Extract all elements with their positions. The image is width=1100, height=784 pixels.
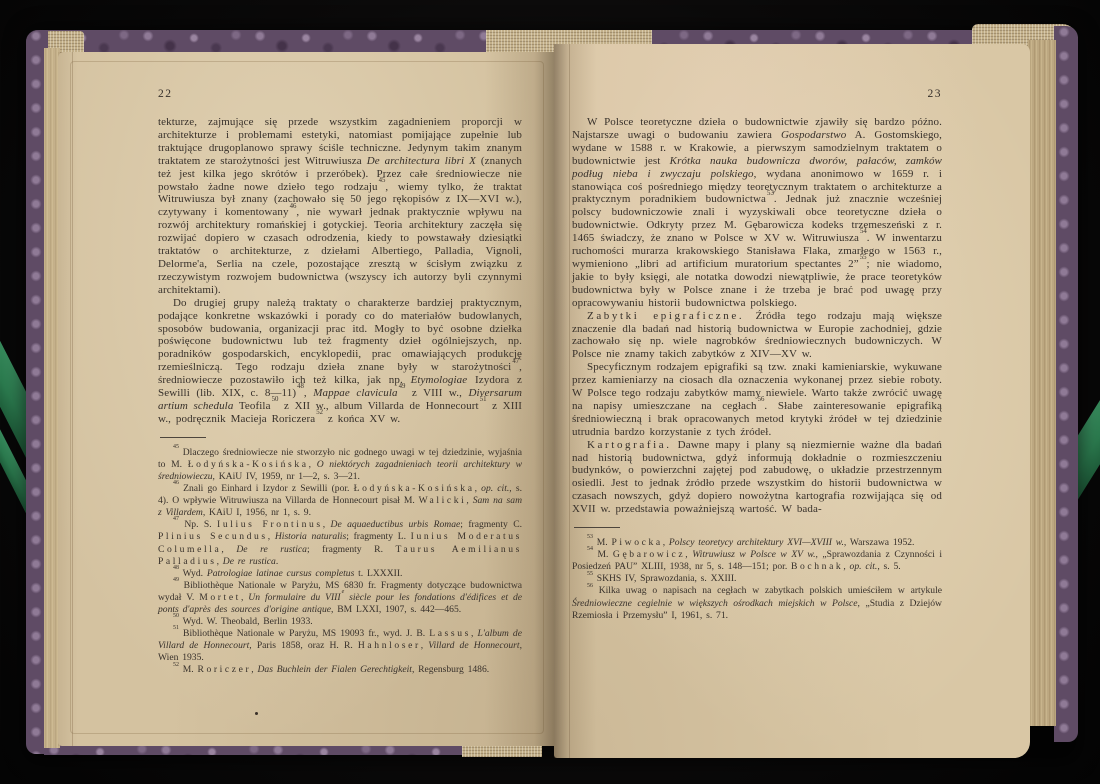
paragraph: Do drugiej grupy należą traktaty o chara… — [158, 297, 522, 426]
footnote: 50 Wyd. W. Theobald, Berlin 1933. — [158, 616, 522, 628]
page-right-body: W Polsce teoretyczne dzieła o budownictw… — [572, 116, 942, 516]
paragraph: Zabytki epigraficzne. Źródła tego rodzaj… — [572, 310, 942, 362]
paragraph: W Polsce teoretyczne dzieła o budownictw… — [572, 116, 942, 310]
footnote: 55 SKHS IV, Sprawozdania, s. XXIII. — [572, 573, 942, 585]
page-left-footnotes: 45 Dlaczego średniowiecze nie stworzyło … — [158, 447, 522, 677]
footnote: 46 Znali go Einhard i Izydor z Sewilli (… — [158, 483, 522, 519]
book-cover-right-edge — [1054, 26, 1078, 742]
page-fold-ridge — [72, 52, 73, 746]
page-left-text: tekturze, zajmujące się przede wszystkim… — [158, 116, 522, 677]
footnote-rule-right — [574, 527, 620, 528]
page-number-right: 23 — [572, 88, 942, 100]
footnote: 53 M. Piwocka, Polscy teoretycy architek… — [572, 537, 942, 549]
page-number-left: 22 — [158, 88, 173, 100]
photo-background: 22 tekturze, zajmujące się przede wszyst… — [0, 0, 1100, 784]
footnote: 49 Bibliothèque Nationale w Paryżu, MS 6… — [158, 580, 522, 616]
paragraph: Specyficznym rodzajem epigrafiki są tzw.… — [572, 361, 942, 438]
footnote: 51 Bibliothèque Nationale w Paryżu, MS 1… — [158, 628, 522, 664]
paper-speck — [255, 712, 258, 715]
page-left-body: tekturze, zajmujące się przede wszystkim… — [158, 116, 522, 426]
footnote: 54 M. Gębarowicz, Witruwiusz w Polsce w … — [572, 549, 942, 573]
footnote: 47 Np. S. Iulius Frontinus, De aquaeduct… — [158, 519, 522, 567]
footnote: 48 Wyd. Patrologiae latinae cursus compl… — [158, 568, 522, 580]
page-right: 23 W Polsce teoretyczne dzieła o budowni… — [554, 44, 1030, 758]
page-right-footnotes: 53 M. Piwocka, Polscy teoretycy architek… — [572, 537, 942, 622]
footnote: 52 M. Roriczer, Das Buchlein der Fialen … — [158, 664, 522, 676]
page-right-text: W Polsce teoretyczne dzieła o budownictw… — [572, 116, 942, 622]
footnote: 45 Dlaczego średniowiecze nie stworzyło … — [158, 447, 522, 483]
paragraph: tekturze, zajmujące się przede wszystkim… — [158, 116, 522, 297]
page-fold-ridge — [569, 44, 570, 758]
footnote-rule-left — [160, 437, 206, 438]
footnote: 56 Kilka uwag o napisach na cegłach w za… — [572, 585, 942, 621]
page-left: 22 tekturze, zajmujące się przede wszyst… — [58, 52, 554, 746]
paragraph: Kartografia. Dawne mapy i plany są niezm… — [572, 439, 942, 516]
page-edge-stack-right — [1028, 40, 1056, 726]
